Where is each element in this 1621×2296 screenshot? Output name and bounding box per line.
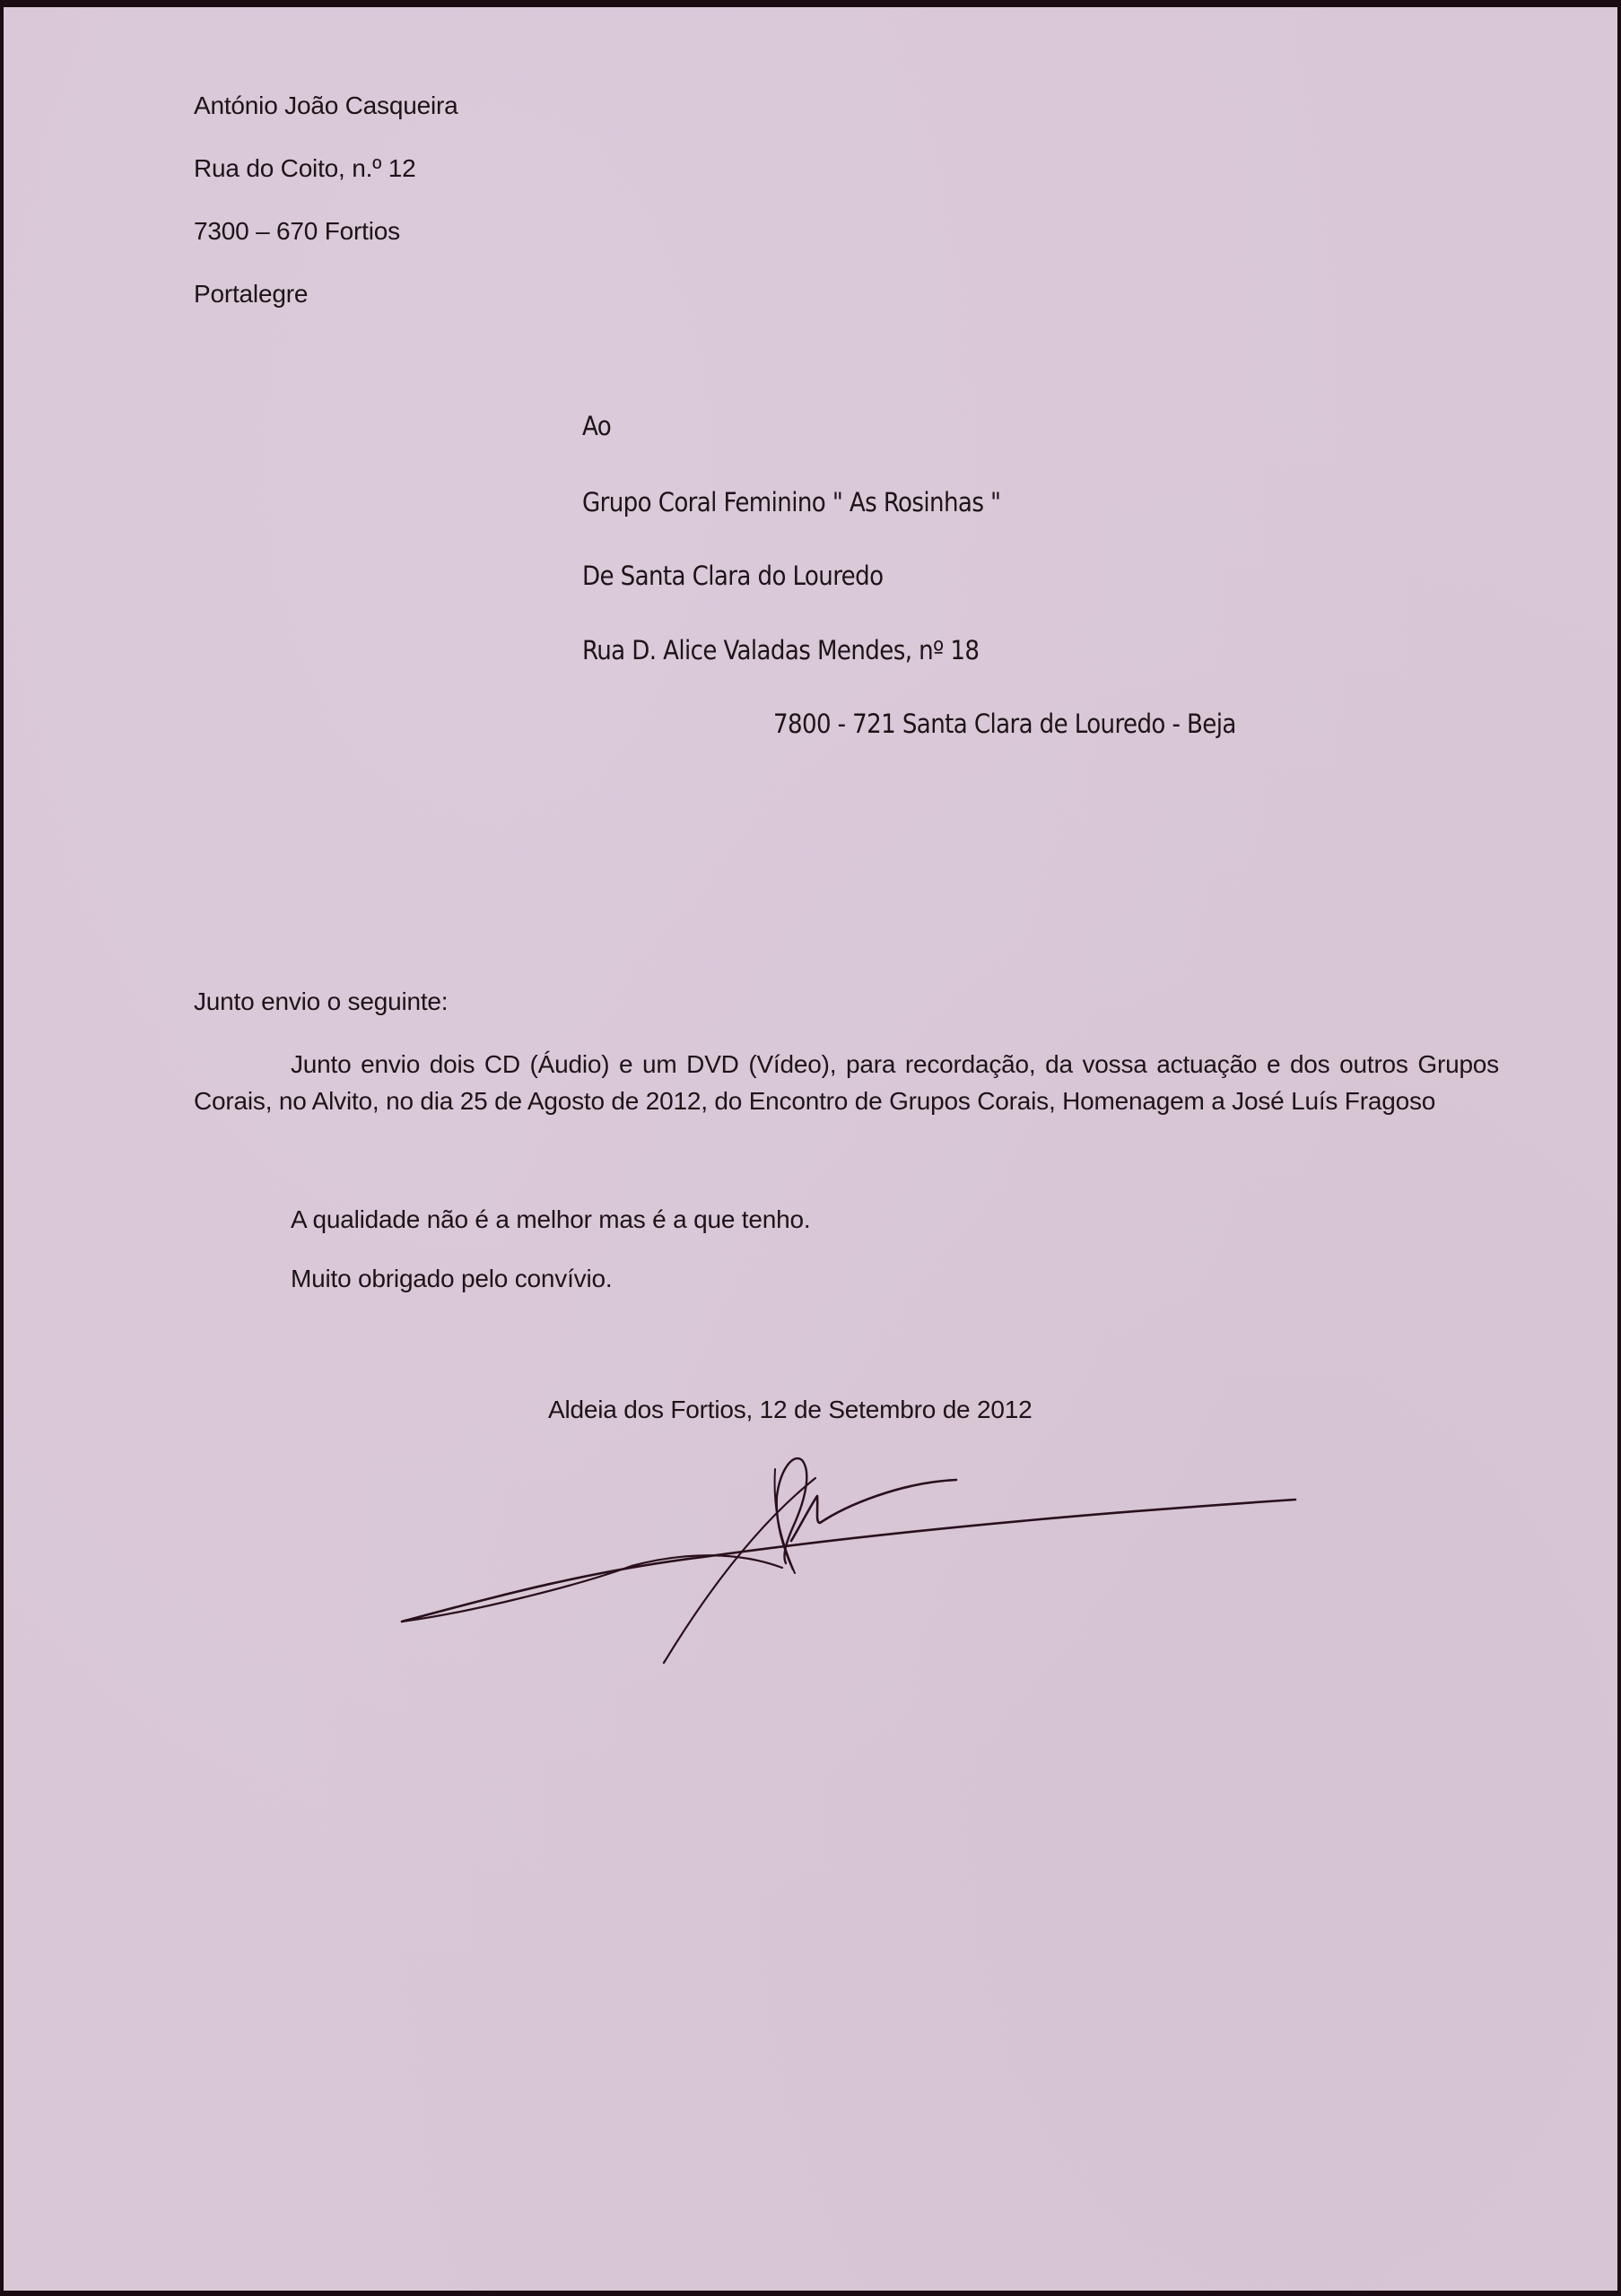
handwritten-signature [4, 7, 1617, 2291]
letter-page: António João Casqueira Rua do Coito, n.º… [4, 7, 1617, 2291]
